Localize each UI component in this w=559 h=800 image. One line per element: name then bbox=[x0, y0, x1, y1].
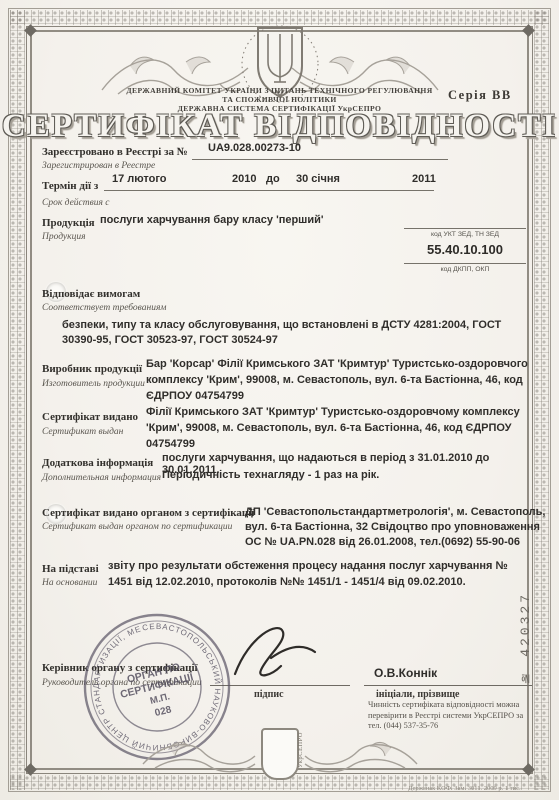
validity-from-year: 2010 bbox=[232, 173, 256, 185]
authority-line-2: ТА СПОЖИВЧОЇ ПОЛІТИКИ bbox=[60, 95, 499, 104]
complies-value: безпеки, типу та класу обслуговування, щ… bbox=[62, 318, 517, 348]
basis-label-ua: На підставі bbox=[42, 563, 99, 575]
validity-to-year: 2011 bbox=[412, 173, 436, 185]
field-additional-info: Додаткова інформація Дополнительная инфо… bbox=[42, 452, 522, 496]
product-label-ua: Продукція bbox=[42, 217, 95, 229]
verification-note: Чинність сертифіката відповідності можна… bbox=[368, 700, 526, 732]
print-order-info: Держзнак КОФ. Зам. 3011. 2009 р. 1 тис. bbox=[408, 785, 521, 792]
bottom-right-scroll-icon bbox=[303, 734, 421, 774]
signature-caption: підпис bbox=[254, 689, 284, 700]
frame-corner-knot bbox=[24, 763, 37, 776]
basis-value: звіту про результати обстеження процесу … bbox=[108, 558, 532, 590]
issued-to-value: Філії Кримського ЗАТ 'Кримтур' Туристськ… bbox=[146, 404, 548, 452]
series-badge: Серія ВВ bbox=[448, 88, 512, 103]
additional-label-ru: Дополнительная информация bbox=[42, 473, 161, 483]
additional-label-ua: Додаткова інформація bbox=[42, 457, 153, 469]
field-manufacturer: Виробник продукції Изготовитель продукци… bbox=[42, 356, 522, 400]
dkpp-code-label: код ДКПП, ОКП bbox=[404, 263, 526, 273]
validity-label-ua: Термін дії з bbox=[42, 180, 98, 192]
frame-corner-knot bbox=[522, 763, 535, 776]
issued-by-value: ДП 'Севастопольстандартметрологія', м. С… bbox=[245, 505, 553, 550]
stamp-center-line4: 028 bbox=[154, 704, 173, 719]
product-value: послуги харчування бару класу 'перший' bbox=[100, 214, 400, 226]
additional-line2: Періодичність технагляду - 1 раз на рік. bbox=[162, 469, 542, 481]
field-issued-to: Сертифікат видано Сертификат выдан Філії… bbox=[42, 404, 522, 448]
registered-label-ua: Зареєстровано в Реєстрі за № bbox=[42, 146, 188, 158]
signer-name: О.В.Коннік bbox=[374, 666, 437, 680]
field-product: Продукція Продукция послуги харчування б… bbox=[42, 214, 402, 248]
product-codes-block: код УКТ ЗЕД, ТН ЗЕД 55.40.10.100 код ДКП… bbox=[404, 228, 526, 273]
frame-corner-knot bbox=[522, 24, 535, 37]
name-caption: ініціали, прізвище bbox=[376, 689, 459, 700]
certificate-title: СЕРТИФІКАТ ВІДПОВІДНОСТІ bbox=[0, 108, 559, 145]
shield-shape bbox=[261, 728, 299, 780]
validity-to-date: 30 січня bbox=[296, 173, 340, 185]
bottom-ornament: УкрСЕПРО bbox=[130, 728, 430, 780]
complies-label-ru: Соответствует требованиям bbox=[42, 303, 166, 313]
certificate-page: ДЕРЖАВНИЙ КОМІТЕТ УКРАЇНИ З ПИТАНЬ ТЕХНІ… bbox=[0, 0, 559, 800]
issued-to-label-ua: Сертифікат видано bbox=[42, 411, 138, 423]
manufacturer-label-ua: Виробник продукції bbox=[42, 363, 142, 375]
bottom-left-scroll-icon bbox=[139, 734, 257, 774]
ukt-zed-code-value: 55.40.10.100 bbox=[404, 238, 526, 263]
basis-label-ru: На основании bbox=[42, 578, 97, 588]
ukrsepro-shield-icon: УкрСЕПРО bbox=[257, 728, 303, 780]
product-label-ru: Продукция bbox=[42, 232, 86, 242]
manufacturer-label-ru: Изготовитель продукции bbox=[42, 379, 145, 389]
issued-by-label-ua: Сертифікат видано органом з сертифікації bbox=[42, 507, 254, 519]
complies-label-ua: Відповідає вимогам bbox=[42, 288, 140, 300]
field-basis: На підставі На основании звіту про резул… bbox=[42, 558, 522, 602]
registry-number-value: UA9.028.00273-10 bbox=[192, 142, 448, 160]
field-issued-by: Сертифікат видано органом з сертифікації… bbox=[42, 505, 522, 561]
field-complies: Відповідає вимогам Соответствует требова… bbox=[42, 288, 517, 348]
manufacturer-value: Бар 'Корсар' Філії Кримського ЗАТ 'Кримт… bbox=[146, 356, 548, 404]
handwritten-signature-icon bbox=[227, 618, 322, 684]
issued-by-label-ru: Сертификат выдан органом по сертификации bbox=[42, 522, 232, 532]
ukt-zed-code-label: код УКТ ЗЕД, ТН ЗЕД bbox=[404, 228, 526, 238]
validity-dates-row: 17 лютого 2010 до 30 січня 2011 bbox=[104, 173, 434, 191]
name-line bbox=[364, 685, 532, 686]
validity-from-date: 17 лютого bbox=[112, 173, 167, 185]
frame-corner-knot bbox=[24, 24, 37, 37]
validity-to-label: до bbox=[266, 173, 280, 185]
blank-serial-number: № 420327 bbox=[518, 592, 533, 686]
field-validity: Термін дії з Срок действия с 17 лютого 2… bbox=[42, 170, 522, 210]
issued-to-label-ru: Сертификат выдан bbox=[42, 427, 123, 437]
authority-line-1: ДЕРЖАВНИЙ КОМІТЕТ УКРАЇНИ З ПИТАНЬ ТЕХНІ… bbox=[60, 86, 499, 95]
validity-label-ru: Срок действия с bbox=[42, 198, 110, 208]
